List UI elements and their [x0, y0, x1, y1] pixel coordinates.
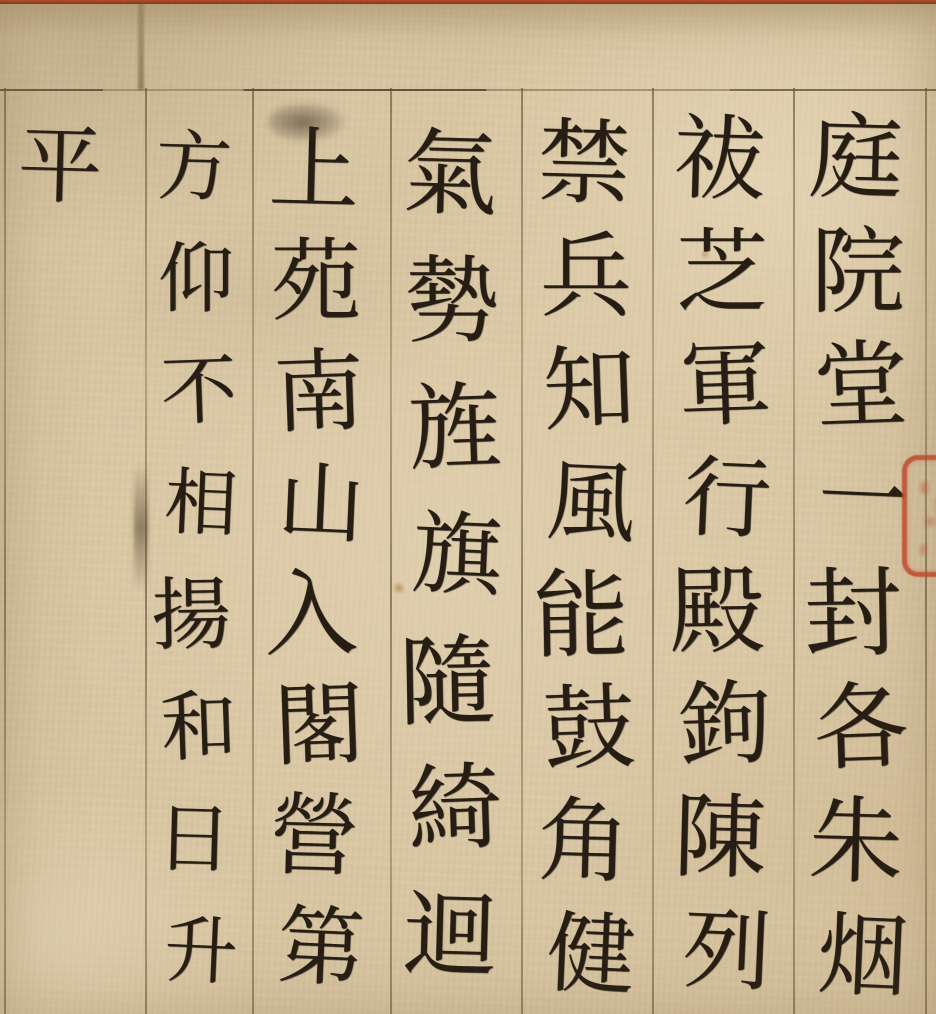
calligraphy-character: 芝 — [656, 217, 788, 330]
calligraphy-character: 山 — [255, 449, 386, 561]
text-column: 方仰不相揚和日升 — [130, 112, 262, 1008]
calligraphy-character: 迴 — [382, 872, 517, 1002]
calligraphy-character: 南 — [251, 336, 387, 452]
text-column: 祓芝軍行殿鉤陳列 — [656, 104, 788, 1008]
calligraphy-character: 營 — [247, 780, 382, 894]
calligraphy-character: 第 — [255, 893, 386, 1005]
calligraphy-character: 知 — [521, 332, 657, 450]
text-column: 平 — [0, 112, 128, 224]
calligraphy-character: 閣 — [251, 669, 387, 785]
calligraphy-character: 仰 — [130, 224, 262, 336]
calligraphy-character: 角 — [517, 784, 652, 900]
calligraphy-character: 旗 — [391, 493, 523, 620]
calligraphy-character: 相 — [135, 448, 266, 561]
text-column: 禁兵知風能鼓角健 — [520, 108, 652, 1012]
calligraphy-character: 鼓 — [521, 671, 657, 789]
calligraphy-character: 軍 — [657, 328, 793, 446]
column-rule-line — [4, 88, 6, 1014]
calligraphy-character: 兵 — [520, 221, 652, 334]
calligraphy-character: 院 — [792, 216, 924, 330]
calligraphy-character: 入 — [241, 557, 380, 675]
calligraphy-character: 揚 — [121, 557, 260, 676]
calligraphy-character: 列 — [661, 895, 792, 1009]
calligraphy-character: 堂 — [793, 328, 929, 447]
calligraphy-character: 苑 — [250, 227, 382, 338]
calligraphy-character: 風 — [525, 447, 656, 561]
calligraphy-character: 祓 — [653, 102, 788, 218]
text-column: 上苑南山入閣營第 — [250, 116, 382, 1004]
calligraphy-character: 殿 — [647, 553, 786, 673]
paper-seam — [138, 0, 144, 90]
calligraphy-character: 日 — [127, 782, 262, 897]
calligraphy-character: 綺 — [387, 745, 523, 877]
calligraphy-character: 上 — [247, 114, 382, 228]
text-column: 氣勢旌旗隨綺迴 — [386, 112, 518, 1001]
calligraphy-character: 行 — [661, 443, 792, 557]
calligraphy-character: 禁 — [517, 106, 652, 222]
calligraphy-character: 陳 — [653, 780, 788, 896]
calligraphy-character: 隨 — [377, 616, 517, 750]
calligraphy-character: 平 — [0, 110, 127, 225]
calligraphy-character: 升 — [135, 896, 266, 1009]
calligraphy-character: 鉤 — [657, 667, 793, 785]
calligraphy-character: 烟 — [797, 900, 928, 1014]
calligraphy-character: 不 — [131, 334, 267, 451]
calligraphy-character: 旌 — [387, 364, 523, 496]
calligraphy-manuscript: 庭院堂一封各朱烟祓芝軍行殿鉤陳列禁兵知風能鼓角健氣勢旌旗隨綺迴上苑南山入閣營第方… — [0, 0, 936, 1014]
calligraphy-character: 健 — [525, 899, 656, 1013]
calligraphy-character: 庭 — [789, 100, 924, 217]
red-seam-seal — [902, 455, 936, 577]
calligraphy-character: 氣 — [382, 110, 517, 240]
calligraphy-character: 勢 — [386, 239, 518, 366]
calligraphy-character: 封 — [783, 555, 922, 676]
calligraphy-character: 朱 — [789, 784, 924, 901]
calligraphy-character: 能 — [511, 557, 650, 677]
calligraphy-character: 各 — [793, 670, 929, 789]
calligraphy-character: 和 — [131, 670, 267, 787]
calligraphy-character: 方 — [127, 110, 262, 225]
